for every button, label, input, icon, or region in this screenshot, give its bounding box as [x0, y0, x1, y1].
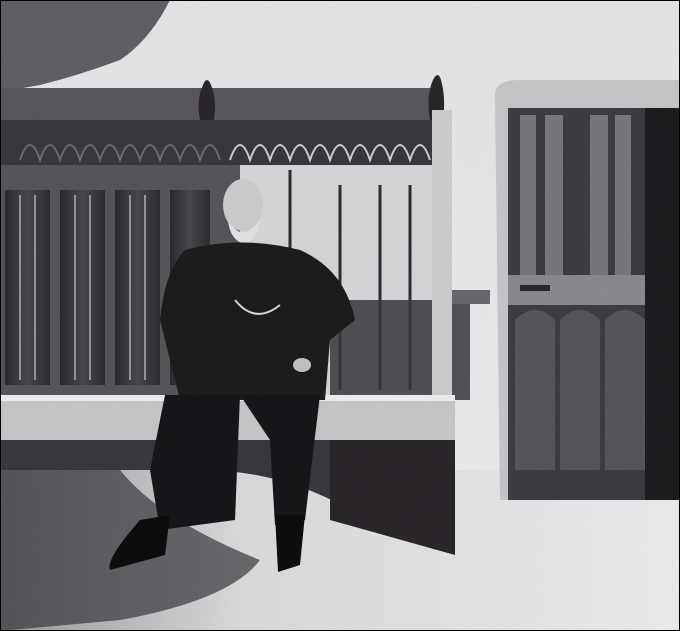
scene — [0, 0, 680, 631]
photograph: An elderly bearded man in a dark suit wi… — [0, 0, 680, 631]
plank-door — [495, 80, 680, 500]
